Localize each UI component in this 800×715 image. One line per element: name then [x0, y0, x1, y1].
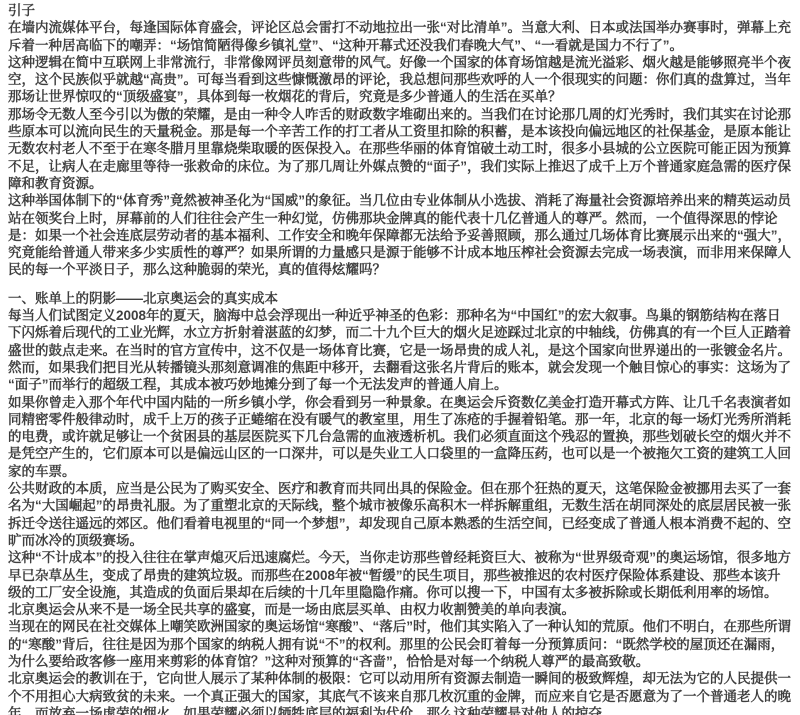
section-paragraph-3: 如果你曾走入那个年代中国内陆的一所乡镇小学，你会看到另一种景象。在奥运会斥资数亿…: [8, 394, 792, 480]
intro-paragraph-2: 这种逻辑在简中互联网上非常流行，非常像网评员刻意带的风气。好像一个国家的体育场馆…: [8, 54, 792, 106]
intro-heading: 引子: [8, 2, 792, 19]
section-heading: 一、账单上的阴影——北京奥运会的真实成本: [8, 290, 792, 307]
document-page: 引子 在墙内流媒体平台，每逢国际体育盛会，评论区总会雷打不动地拉出一张“对比清单…: [0, 0, 800, 715]
section-paragraph-1: 每当人们试图定义2008年的夏天，脑海中总会浮现出一种近乎神圣的色彩：那种名为“…: [8, 307, 792, 359]
intro-paragraph-1: 在墙内流媒体平台，每逢国际体育盛会，评论区总会雷打不动地拉出一张“对比清单”。当…: [8, 19, 792, 54]
section-paragraph-8: 北京奥运会的教训在于，它向世人展示了某种体制的极限：它可以动用所有资源去制造一瞬…: [8, 670, 792, 715]
section-paragraph-7: 当现在的网民在社交媒体上嘲笑欧洲国家的奥运场馆“寒酸”、“落后”时，他们其实陷入…: [8, 618, 792, 670]
intro-paragraph-3: 那场令无数人至今引以为傲的荣耀，是由一种令人咋舌的财政数字堆砌出来的。当我们在讨…: [8, 106, 792, 192]
section-paragraph-4: 公共财政的本质，应当是公民为了购买安全、医疗和教育而共同出具的保险金。但在那个狂…: [8, 480, 792, 549]
intro-paragraph-4: 这种举国体制下的“体育秀”竟然被神圣化为“国威”的象征。当几位由专业体制从小选拔…: [8, 192, 792, 278]
section-paragraph-6: 北京奥运会从来不是一场全民共享的盛宴，而是一场由底层买单、由权力收割赞美的单向表…: [8, 601, 792, 618]
section-paragraph-2: 然而，如果我们把目光从转播镜头那刻意调准的焦距中移开，去翻看这张名片背后的账本，…: [8, 359, 792, 394]
section-paragraph-5: 这种“不计成本”的投入往往在掌声熄灭后迅速腐烂。今天，当你走访那些曾经耗资巨大、…: [8, 549, 792, 601]
